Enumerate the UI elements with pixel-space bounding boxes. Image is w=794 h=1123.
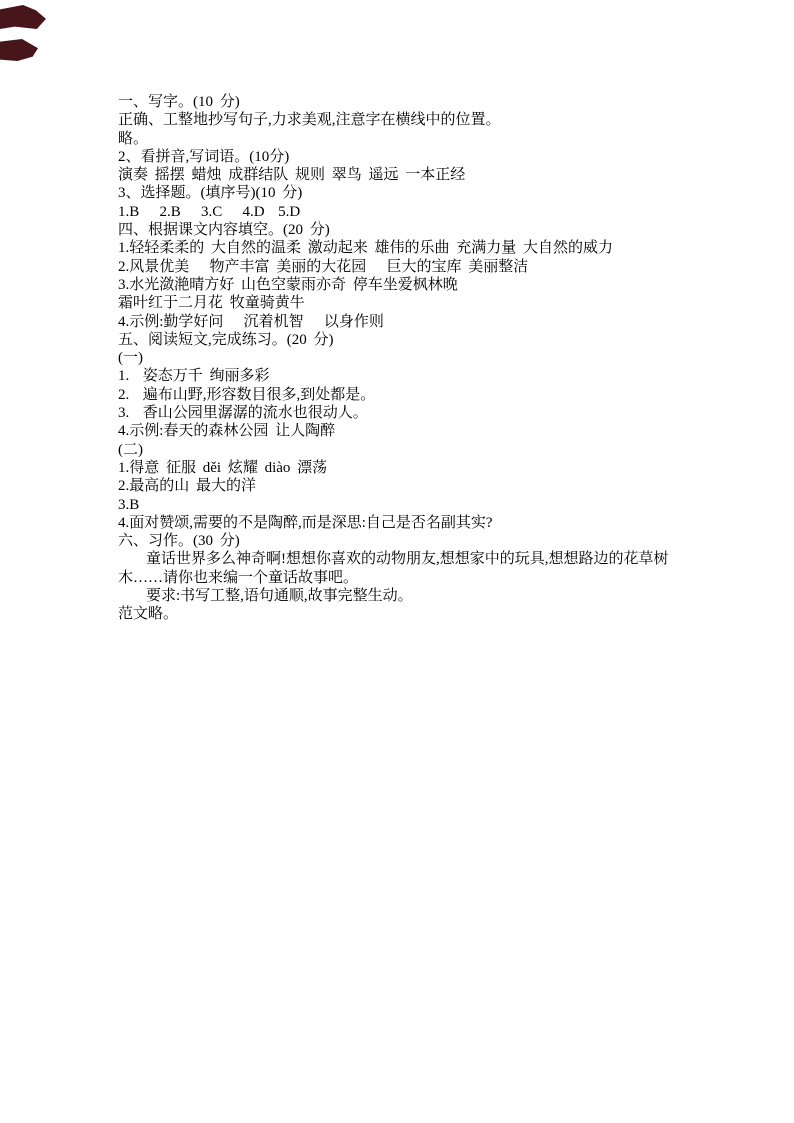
section-4-answer-4: 4.示例:勤学好问 沉着机智 以身作则 xyxy=(118,313,778,331)
section-1-header: 一、写字。(10 分) xyxy=(118,93,778,111)
corner-ink-mark-bottom xyxy=(0,39,38,61)
section-2-header: 2、看拼音,写词语。(10分) xyxy=(118,148,778,166)
part-1-answer-1: 1. 姿态万千 绚丽多彩 xyxy=(118,367,778,385)
part-1-answer-3: 3. 香山公园里潺潺的流水也很动人。 xyxy=(118,404,778,422)
section-6-note: 范文略。 xyxy=(118,605,778,623)
corner-ink-mark-top xyxy=(0,5,46,29)
part-2-answer-4: 4.面对赞颂,需要的不是陶醉,而是深思:自己是否名副其实? xyxy=(118,514,778,532)
part-2-answer-2: 2.最高的山 最大的洋 xyxy=(118,477,778,495)
section-3-answers: 1.B 2.B 3.C 4.D 5.D xyxy=(118,203,778,221)
part-2-answer-3: 3.B xyxy=(118,496,778,514)
section-2-answer: 演奏 摇摆 蜡烛 成群结队 规则 翠鸟 遥远 一本正经 xyxy=(118,166,778,184)
section-4-answer-3: 3.水光潋滟晴方好 山色空蒙雨亦奇 停车坐爱枫林晚 xyxy=(118,276,778,294)
part-1-answer-4: 4.示例:春天的森林公园 让人陶醉 xyxy=(118,422,778,440)
answer-key-text: 一、写字。(10 分)正确、工整地抄写句子,力求美观,注意字在横线中的位置。略。… xyxy=(118,93,778,624)
section-4-answer-1: 1.轻轻柔柔的 大自然的温柔 激动起来 雄伟的乐曲 充满力量 大自然的威力 xyxy=(118,239,778,257)
section-6-prompt-cont: 木……请你也来编一个童话故事吧。 xyxy=(118,569,778,587)
section-6-header: 六、习作。(30 分) xyxy=(118,532,778,550)
section-1-answer: 略。 xyxy=(118,130,778,148)
part-1-answer-2: 2. 遍布山野,形容数目很多,到处都是。 xyxy=(118,386,778,404)
section-4-header: 四、根据课文内容填空。(20 分) xyxy=(118,221,778,239)
document-page: 一、写字。(10 分)正确、工整地抄写句子,力求美观,注意字在横线中的位置。略。… xyxy=(0,0,794,1123)
section-4-answer-3-cont: 霜叶红于二月花 牧童骑黄牛 xyxy=(118,294,778,312)
section-4-answer-2: 2.风景优美 物产丰富 美丽的大花园 巨大的宝库 美丽整洁 xyxy=(118,258,778,276)
section-5-part-2-label: (二) xyxy=(118,441,778,459)
section-5-header: 五、阅读短文,完成练习。(20 分) xyxy=(118,331,778,349)
section-6-prompt: 童话世界多么神奇啊!想想你喜欢的动物朋友,想想家中的玩具,想想路边的花草树 xyxy=(118,550,778,568)
part-2-answer-1: 1.得意 征服 děi 炫耀 diào 漂荡 xyxy=(118,459,778,477)
section-6-requirements: 要求:书写工整,语句通顺,故事完整生动。 xyxy=(118,587,778,605)
section-5-part-1-label: (一) xyxy=(118,349,778,367)
section-1-instruction: 正确、工整地抄写句子,力求美观,注意字在横线中的位置。 xyxy=(118,111,778,129)
section-3-header: 3、选择题。(填序号)(10 分) xyxy=(118,184,778,202)
